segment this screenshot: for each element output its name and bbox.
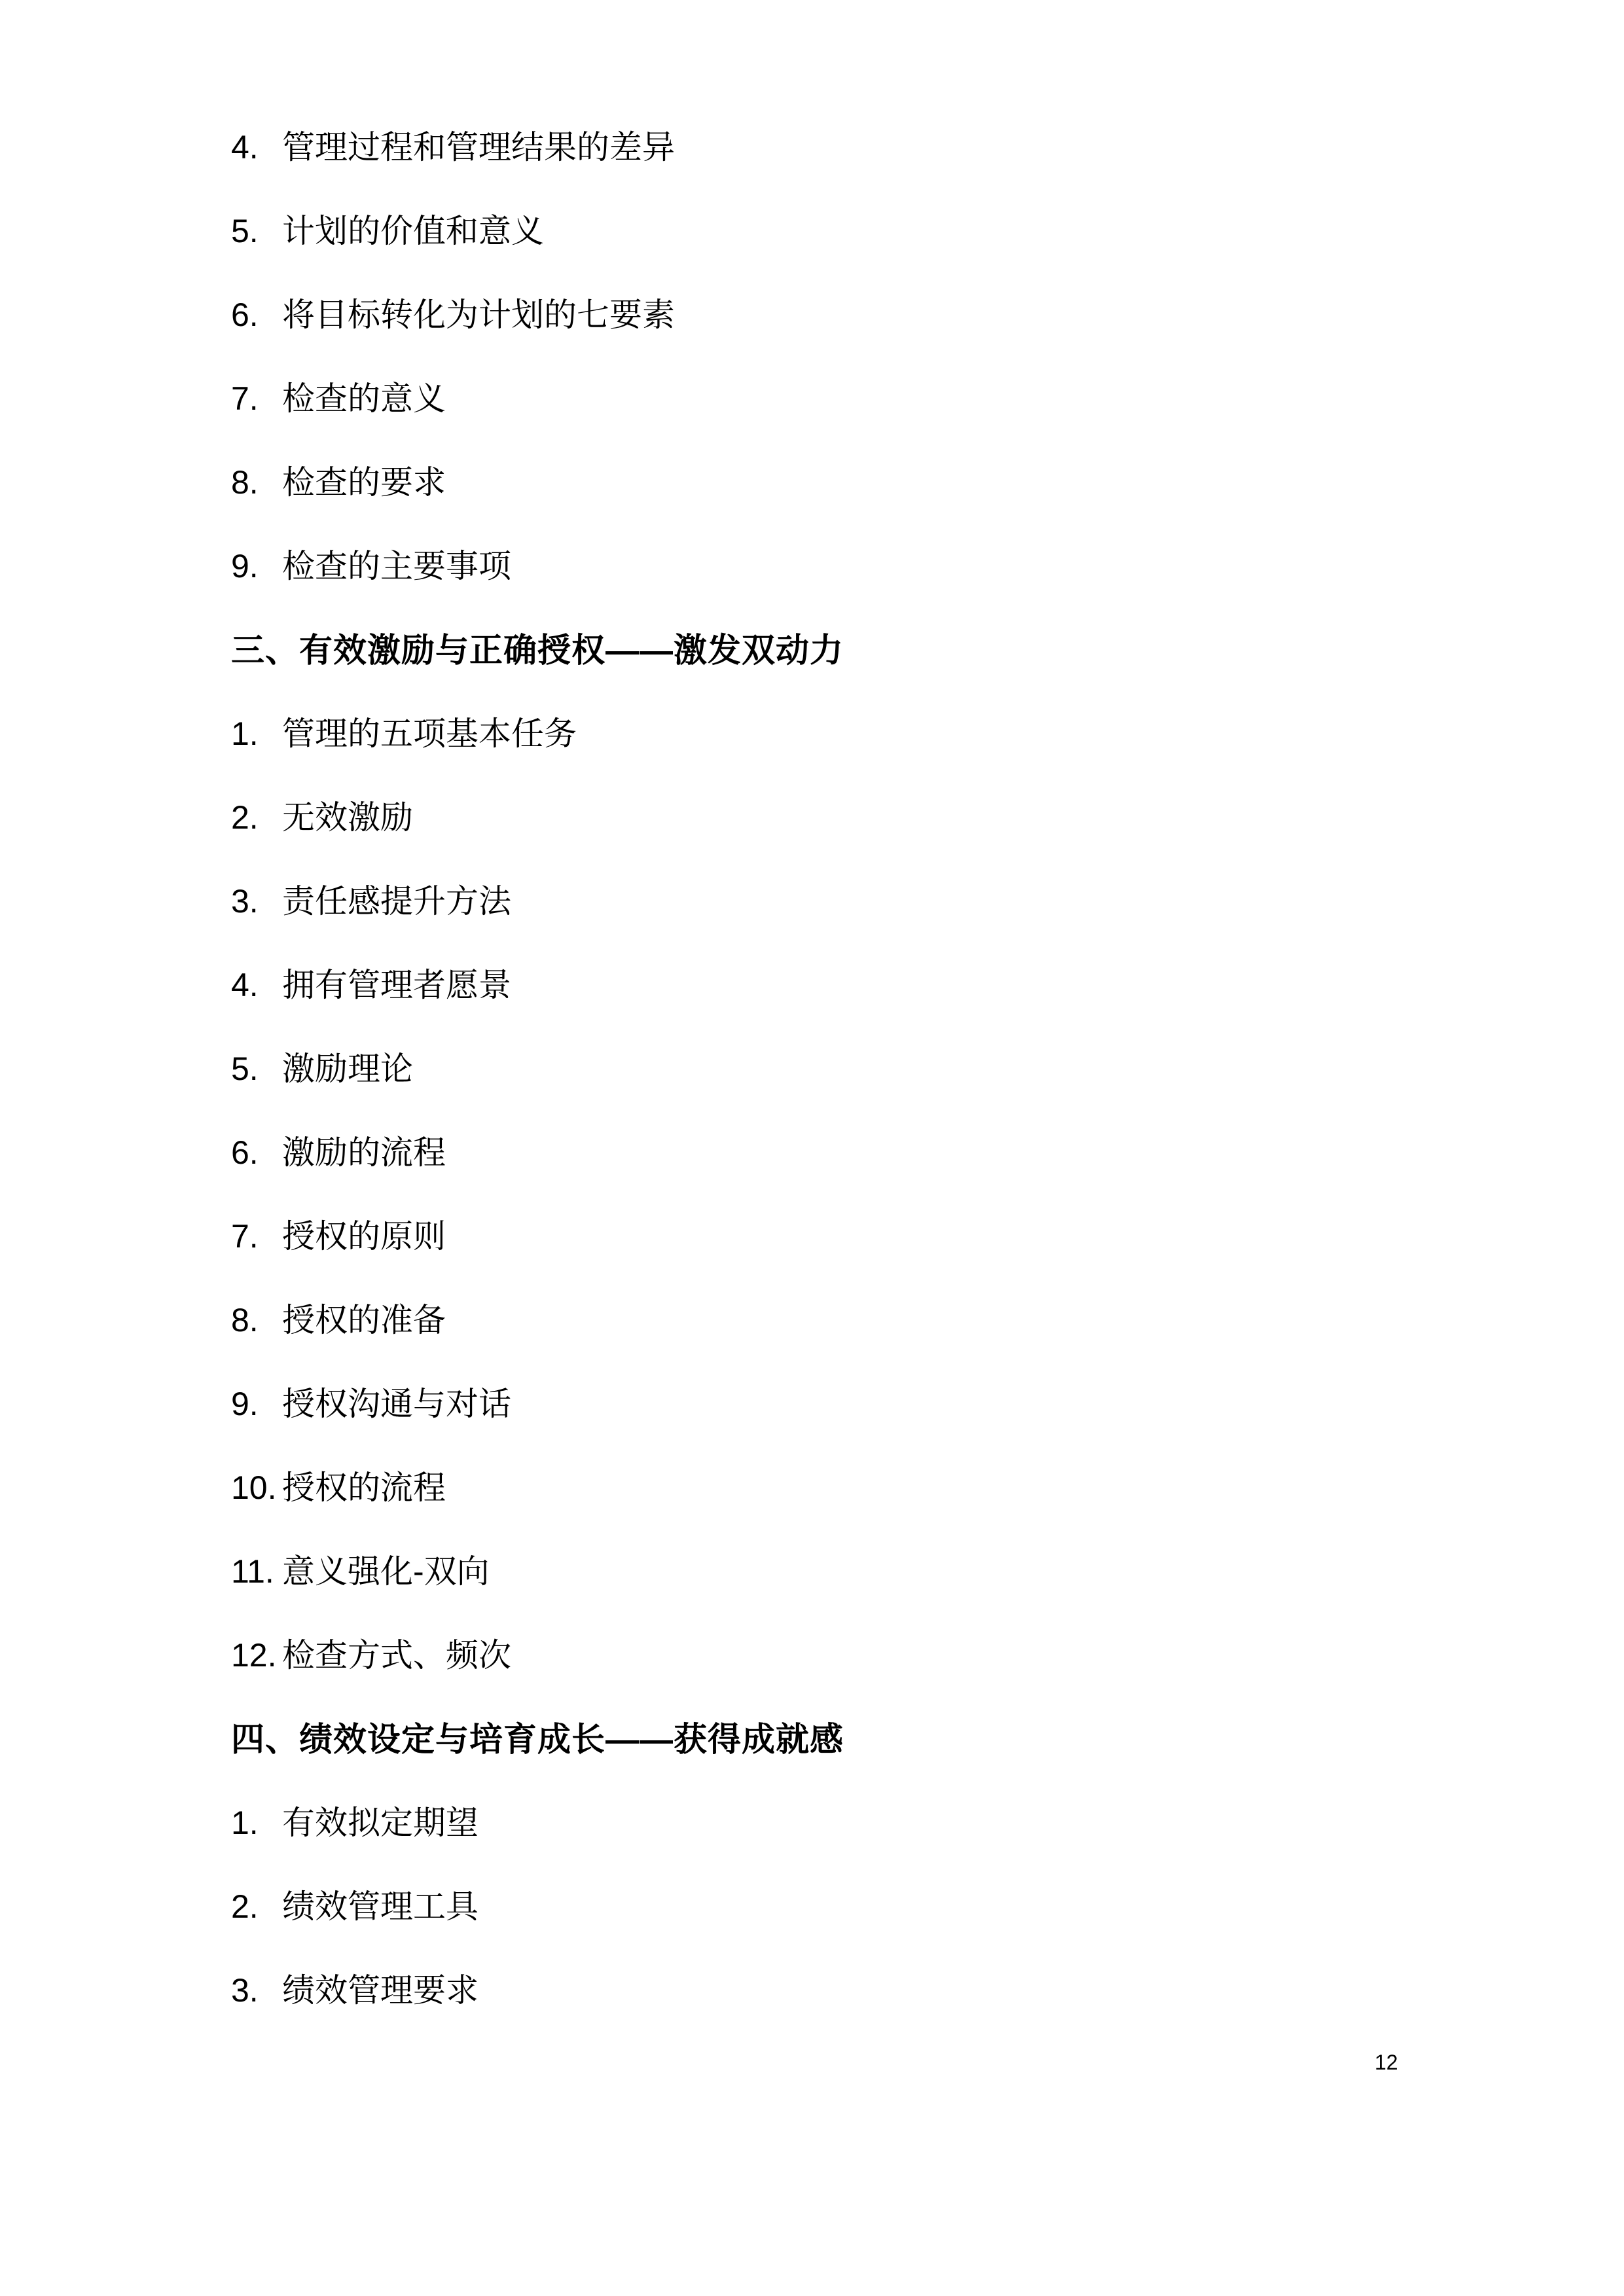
item-text: 授权沟通与对话 — [282, 1388, 511, 1420]
item-text: 管理的五项基本任务 — [282, 717, 577, 750]
section-heading: 四、绩效设定与培育成长——获得成就感 — [231, 1697, 1545, 1781]
item-number: 8. — [231, 1304, 282, 1336]
item-number: 7. — [231, 382, 282, 415]
item-number: 8. — [231, 466, 282, 499]
list-item: 3. 绩效管理要求 — [231, 1948, 1545, 2032]
item-text: 意义强化-双向 — [282, 1555, 490, 1588]
item-text: 授权的准备 — [282, 1304, 446, 1336]
item-number: 3. — [231, 1974, 282, 2007]
item-number: 12. — [231, 1639, 282, 1672]
item-text: 将目标转化为计划的七要素 — [282, 298, 675, 331]
item-number: 6. — [231, 298, 282, 331]
item-number: 5. — [231, 215, 282, 247]
item-number: 1. — [231, 1806, 282, 1839]
section-heading: 三、有效激励与正确授权——激发双动力 — [231, 608, 1545, 692]
item-text: 绩效管理工具 — [282, 1890, 478, 1923]
list-item: 11. 意义强化-双向 — [231, 1530, 1545, 1613]
outline-list: 4. 管理过程和管理结果的差异 5. 计划的价值和意义 6. 将目标转化为计划的… — [231, 105, 1545, 2032]
item-text: 检查方式、频次 — [282, 1639, 511, 1672]
item-number: 9. — [231, 550, 282, 583]
item-text: 有效拟定期望 — [282, 1806, 478, 1839]
item-text: 管理过程和管理结果的差异 — [282, 131, 675, 164]
list-item: 6. 激励的流程 — [231, 1111, 1545, 1194]
list-item: 10. 授权的流程 — [231, 1446, 1545, 1530]
list-item: 5. 计划的价值和意义 — [231, 189, 1545, 273]
item-number: 2. — [231, 1890, 282, 1923]
document-page: 4. 管理过程和管理结果的差异 5. 计划的价值和意义 6. 将目标转化为计划的… — [0, 0, 1624, 2296]
item-text: 授权的原则 — [282, 1220, 446, 1253]
item-text: 拥有管理者愿景 — [282, 969, 511, 1001]
list-item: 5. 激励理论 — [231, 1027, 1545, 1111]
item-number: 3. — [231, 885, 282, 918]
list-item: 1. 管理的五项基本任务 — [231, 692, 1545, 776]
list-item: 7. 授权的原则 — [231, 1194, 1545, 1278]
item-text: 无效激励 — [282, 801, 413, 834]
item-number: 10. — [231, 1471, 282, 1504]
list-item: 9. 检查的主要事项 — [231, 524, 1545, 608]
item-text: 计划的价值和意义 — [282, 215, 544, 247]
item-number: 4. — [231, 969, 282, 1001]
item-text: 激励理论 — [282, 1052, 413, 1085]
item-text: 检查的要求 — [282, 466, 446, 499]
list-item: 8. 检查的要求 — [231, 440, 1545, 524]
item-number: 9. — [231, 1388, 282, 1420]
list-item: 12. 检查方式、频次 — [231, 1613, 1545, 1697]
list-item: 2. 无效激励 — [231, 776, 1545, 859]
list-item: 1. 有效拟定期望 — [231, 1781, 1545, 1865]
item-text: 授权的流程 — [282, 1471, 446, 1504]
list-item: 4. 管理过程和管理结果的差异 — [231, 105, 1545, 189]
item-text: 激励的流程 — [282, 1136, 446, 1169]
list-item: 6. 将目标转化为计划的七要素 — [231, 273, 1545, 357]
list-item: 3. 责任感提升方法 — [231, 859, 1545, 943]
item-text: 三、有效激励与正确授权——激发双动力 — [231, 634, 844, 667]
item-number: 5. — [231, 1052, 282, 1085]
item-text: 检查的意义 — [282, 382, 446, 415]
list-item: 2. 绩效管理工具 — [231, 1865, 1545, 1948]
item-number: 11. — [231, 1555, 282, 1588]
item-number: 4. — [231, 131, 282, 164]
item-number: 6. — [231, 1136, 282, 1169]
item-text: 四、绩效设定与培育成长——获得成就感 — [231, 1723, 844, 1756]
list-item: 9. 授权沟通与对话 — [231, 1362, 1545, 1446]
list-item: 8. 授权的准备 — [231, 1278, 1545, 1362]
page-number: 12 — [1375, 2050, 1398, 2075]
item-text: 检查的主要事项 — [282, 550, 511, 583]
list-item: 7. 检查的意义 — [231, 357, 1545, 440]
item-number: 7. — [231, 1220, 282, 1253]
item-number: 2. — [231, 801, 282, 834]
list-item: 4. 拥有管理者愿景 — [231, 943, 1545, 1027]
item-number: 1. — [231, 717, 282, 750]
item-text: 绩效管理要求 — [282, 1974, 478, 2007]
item-text: 责任感提升方法 — [282, 885, 511, 918]
